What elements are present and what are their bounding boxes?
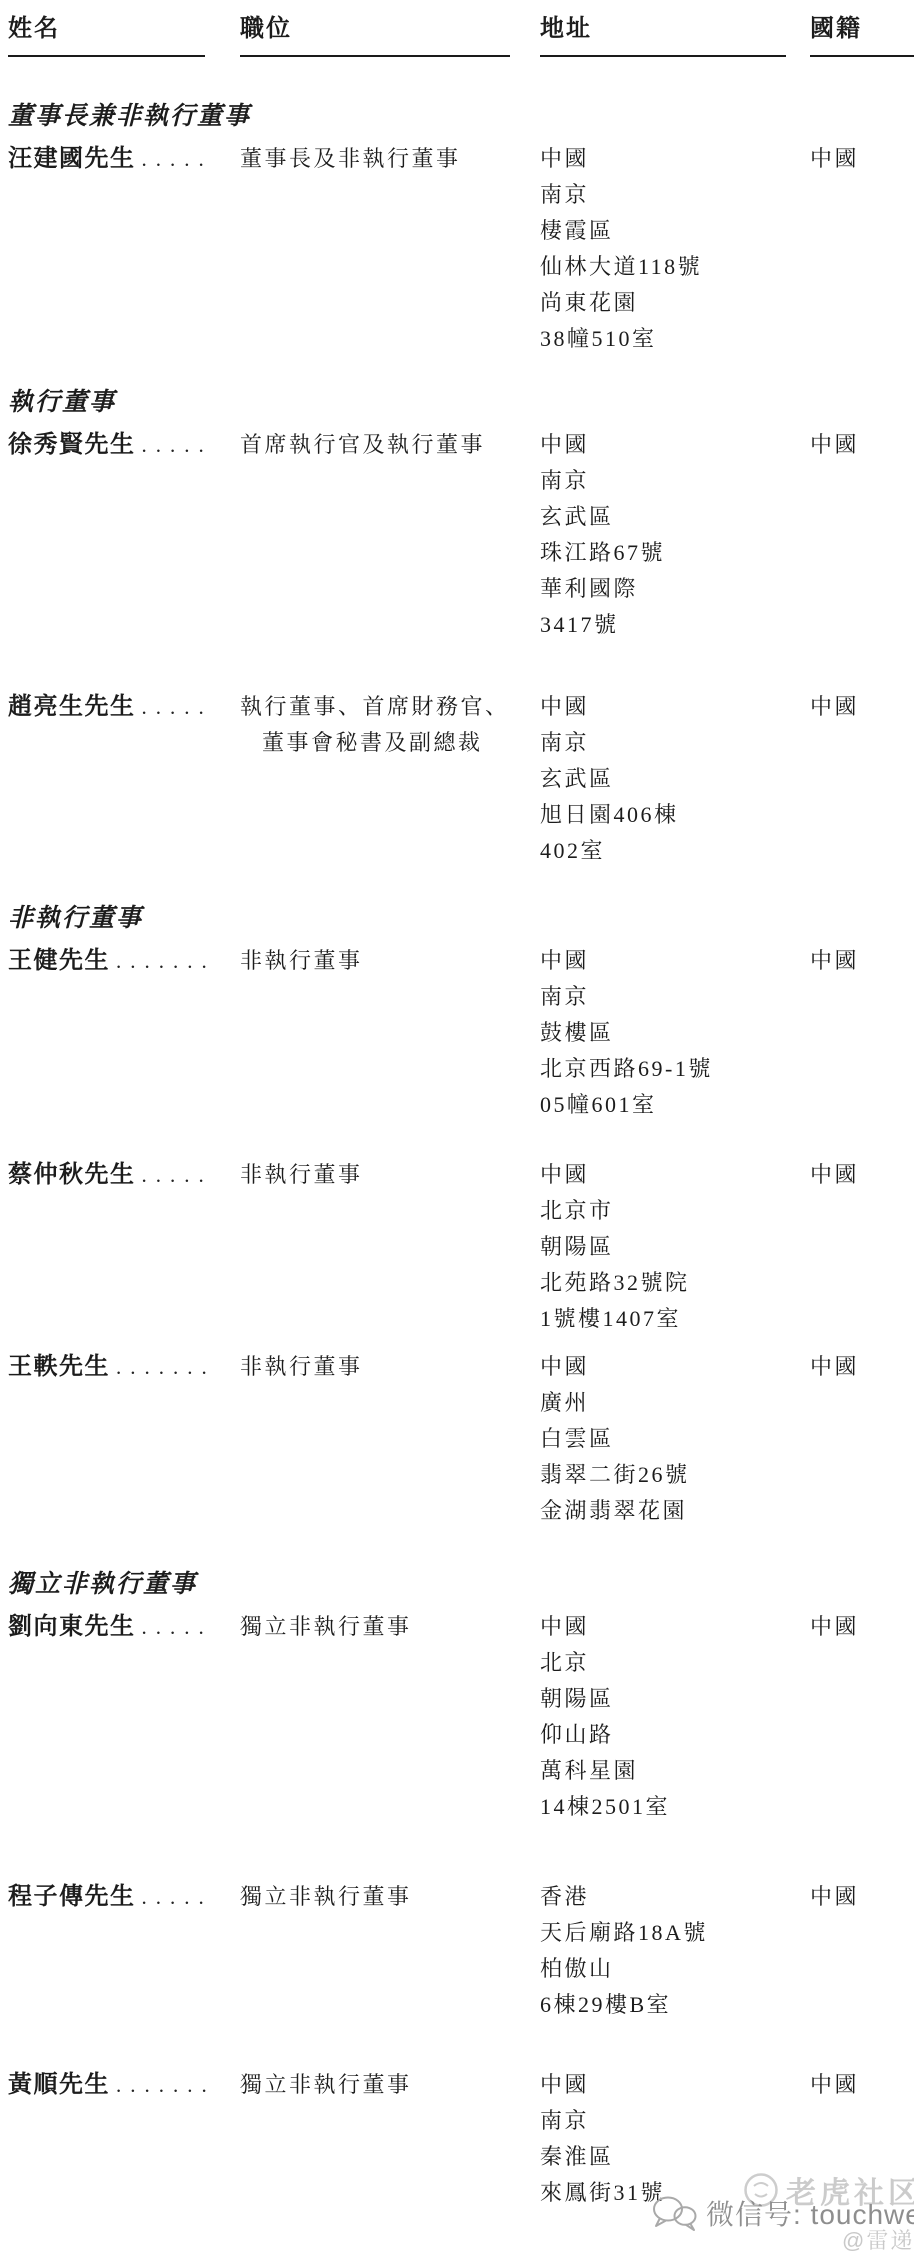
director-nationality: 中國: [810, 943, 914, 979]
address-line: 中國: [540, 1349, 810, 1385]
director-address: 香港 天后廟路18A號 柏傲山 6棟29樓B室: [540, 1879, 810, 2023]
address-line: 棲霞區: [540, 213, 810, 249]
col-header-position: 職位: [240, 8, 510, 57]
director-row: 趙亮生先生..... 執行董事、首席財務官、 董事會秘書及副總裁 中國 南京 玄…: [8, 689, 914, 869]
section-heading-independent: 獨立非執行董事: [8, 1569, 914, 1599]
address-line: 南京: [540, 979, 810, 1015]
director-position: 獨立非執行董事: [240, 1609, 540, 1645]
director-address: 中國 北京 朝陽區 仰山路 萬科星園 14棟2501室: [540, 1609, 810, 1825]
director-row: 蔡仲秋先生..... 非執行董事 中國 北京市 朝陽區 北苑路32號院 1號樓1…: [8, 1157, 914, 1337]
position-line: 獨立非執行董事: [240, 2067, 540, 2103]
section-heading-non-executive: 非執行董事: [8, 903, 914, 933]
director-nationality: 中國: [810, 427, 914, 463]
position-line: 執行董事、首席財務官、: [240, 689, 540, 725]
section-heading-executive: 執行董事: [8, 387, 914, 417]
address-line: 天后廟路18A號: [540, 1915, 810, 1951]
address-line: 白雲區: [540, 1421, 810, 1457]
address-line: 1號樓1407室: [540, 1301, 810, 1337]
leader-dots: .....: [142, 1163, 213, 1187]
address-line: 中國: [540, 1609, 810, 1645]
director-row: 劉向東先生..... 獨立非執行董事 中國 北京 朝陽區 仰山路 萬科星園 14…: [8, 1609, 914, 1825]
director-address: 中國 南京 棲霞區 仙林大道118號 尚東花園 38幢510室: [540, 141, 810, 357]
director-name: 王健先生.......: [8, 943, 240, 979]
address-line: 中國: [540, 689, 810, 725]
address-line: 秦淮區: [540, 2139, 810, 2175]
director-position: 獨立非執行董事: [240, 1879, 540, 1915]
director-address: 中國 北京市 朝陽區 北苑路32號院 1號樓1407室: [540, 1157, 810, 1337]
director-address: 中國 南京 鼓樓區 北京西路69-1號 05幢601室: [540, 943, 810, 1123]
director-position: 執行董事、首席財務官、 董事會秘書及副總裁: [240, 689, 540, 761]
position-line: 獨立非執行董事: [240, 1609, 540, 1645]
address-line: 玄武區: [540, 499, 810, 535]
director-row: 徐秀賢先生..... 首席執行官及執行董事 中國 南京 玄武區 珠江路67號 華…: [8, 427, 914, 643]
address-line: 南京: [540, 463, 810, 499]
address-line: 中國: [540, 427, 810, 463]
director-name: 趙亮生先生.....: [8, 689, 240, 725]
col-header-name: 姓名: [8, 8, 205, 57]
address-line: 鼓樓區: [540, 1015, 810, 1051]
director-row: 程子傳先生..... 獨立非執行董事 香港 天后廟路18A號 柏傲山 6棟29樓…: [8, 1879, 914, 2023]
address-line: 金湖翡翠花園: [540, 1493, 810, 1529]
director-nationality: 中國: [810, 1157, 914, 1193]
address-line: 南京: [540, 725, 810, 761]
director-nationality: 中國: [810, 141, 914, 177]
position-line: 董事會秘書及副總裁: [240, 725, 540, 761]
handle-watermark: @雷递: [842, 2224, 914, 2255]
address-line: 中國: [540, 943, 810, 979]
address-line: 05幢601室: [540, 1087, 810, 1123]
director-position: 非執行董事: [240, 1157, 540, 1193]
address-line: 翡翠二街26號: [540, 1457, 810, 1493]
address-line: 來鳳街31號: [540, 2175, 810, 2211]
address-line: 珠江路67號: [540, 535, 810, 571]
name-text: 程子傳先生: [8, 1883, 136, 1910]
director-address: 中國 南京 玄武區 珠江路67號 華利國際 3417號: [540, 427, 810, 643]
name-text: 徐秀賢先生: [8, 431, 136, 458]
address-line: 北京市: [540, 1193, 810, 1229]
director-name: 劉向東先生.....: [8, 1609, 240, 1645]
director-position: 首席執行官及執行董事: [240, 427, 540, 463]
director-row: 王健先生....... 非執行董事 中國 南京 鼓樓區 北京西路69-1號 05…: [8, 943, 914, 1123]
leader-dots: .....: [142, 147, 213, 171]
address-line: 萬科星園: [540, 1753, 810, 1789]
col-header-nationality: 國籍: [810, 8, 914, 57]
leader-dots: .....: [142, 1615, 213, 1639]
address-line: 中國: [540, 1157, 810, 1193]
director-row: 黃順先生....... 獨立非執行董事 中國 南京 秦淮區 來鳳街31號 中國: [8, 2067, 914, 2211]
director-name: 程子傳先生.....: [8, 1879, 240, 1915]
director-position: 非執行董事: [240, 1349, 540, 1385]
section-heading-chairman: 董事長兼非執行董事: [8, 101, 914, 131]
director-row: 汪建國先生..... 董事長及非執行董事 中國 南京 棲霞區 仙林大道118號 …: [8, 141, 914, 357]
address-line: 14棟2501室: [540, 1789, 810, 1825]
director-nationality: 中國: [810, 689, 914, 725]
leader-dots: .....: [142, 1885, 213, 1909]
director-name: 徐秀賢先生.....: [8, 427, 240, 463]
address-line: 中國: [540, 141, 810, 177]
director-position: 非執行董事: [240, 943, 540, 979]
address-line: 中國: [540, 2067, 810, 2103]
director-name: 黃順先生.......: [8, 2067, 240, 2103]
address-line: 38幢510室: [540, 321, 810, 357]
leader-dots: .......: [116, 2073, 216, 2097]
address-line: 北京西路69-1號: [540, 1051, 810, 1087]
director-address: 中國 南京 秦淮區 來鳳街31號: [540, 2067, 810, 2211]
director-nationality: 中國: [810, 1879, 914, 1915]
address-line: 香港: [540, 1879, 810, 1915]
address-line: 仰山路: [540, 1717, 810, 1753]
name-text: 趙亮生先生: [8, 693, 136, 720]
leader-dots: .......: [116, 1355, 216, 1379]
address-line: 南京: [540, 2103, 810, 2139]
director-nationality: 中國: [810, 1609, 914, 1645]
table-header: 姓名 職位 地址 國籍: [8, 8, 914, 57]
address-line: 朝陽區: [540, 1229, 810, 1265]
address-line: 玄武區: [540, 761, 810, 797]
address-line: 旭日園406棟: [540, 797, 810, 833]
director-name: 蔡仲秋先生.....: [8, 1157, 240, 1193]
position-line: 非執行董事: [240, 1157, 540, 1193]
directors-table-page: 姓名 職位 地址 國籍 董事長兼非執行董事 汪建國先生..... 董事長及非執行…: [0, 0, 914, 2255]
position-line: 首席執行官及執行董事: [240, 427, 540, 463]
col-header-address: 地址: [540, 8, 786, 57]
director-address: 中國 南京 玄武區 旭日園406棟 402室: [540, 689, 810, 869]
director-nationality: 中國: [810, 1349, 914, 1385]
address-line: 尚東花園: [540, 285, 810, 321]
address-line: 仙林大道118號: [540, 249, 810, 285]
director-position: 獨立非執行董事: [240, 2067, 540, 2103]
director-nationality: 中國: [810, 2067, 914, 2103]
name-text: 王健先生: [8, 947, 110, 974]
address-line: 廣州: [540, 1385, 810, 1421]
address-line: 北京: [540, 1645, 810, 1681]
name-text: 蔡仲秋先生: [8, 1161, 136, 1188]
position-line: 董事長及非執行董事: [240, 141, 540, 177]
address-line: 北苑路32號院: [540, 1265, 810, 1301]
position-line: 非執行董事: [240, 943, 540, 979]
leader-dots: .....: [142, 433, 213, 457]
address-line: 柏傲山: [540, 1951, 810, 1987]
address-line: 3417號: [540, 607, 810, 643]
name-text: 劉向東先生: [8, 1613, 136, 1640]
director-position: 董事長及非執行董事: [240, 141, 540, 177]
address-line: 南京: [540, 177, 810, 213]
address-line: 6棟29樓B室: [540, 1987, 810, 2023]
director-name: 汪建國先生.....: [8, 141, 240, 177]
address-line: 華利國際: [540, 571, 810, 607]
leader-dots: .......: [116, 949, 216, 973]
address-line: 402室: [540, 833, 810, 869]
address-line: 朝陽區: [540, 1681, 810, 1717]
position-line: 獨立非執行董事: [240, 1879, 540, 1915]
director-row: 王軼先生....... 非執行董事 中國 廣州 白雲區 翡翠二街26號 金湖翡翠…: [8, 1349, 914, 1529]
name-text: 汪建國先生: [8, 145, 136, 172]
name-text: 黃順先生: [8, 2071, 110, 2098]
director-name: 王軼先生.......: [8, 1349, 240, 1385]
name-text: 王軼先生: [8, 1353, 110, 1380]
leader-dots: .....: [142, 695, 213, 719]
position-line: 非執行董事: [240, 1349, 540, 1385]
director-address: 中國 廣州 白雲區 翡翠二街26號 金湖翡翠花園: [540, 1349, 810, 1529]
